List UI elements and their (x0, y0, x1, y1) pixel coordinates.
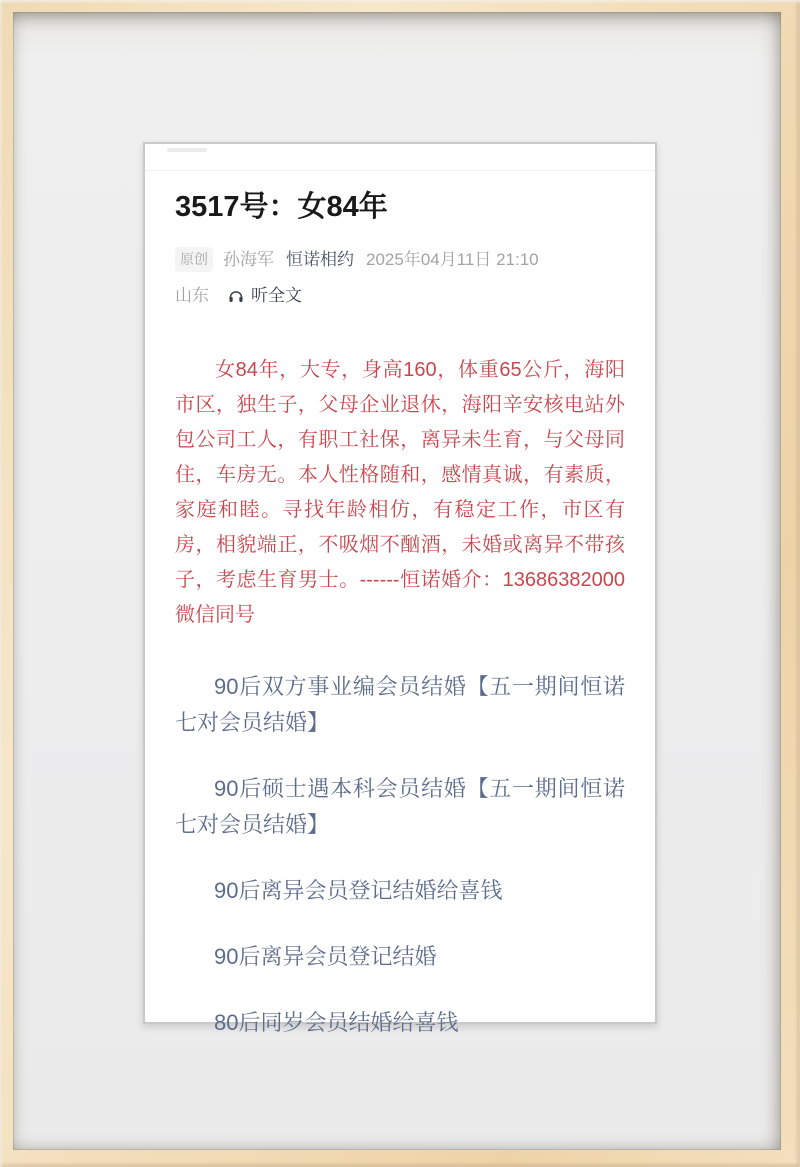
location-label: 山东 (175, 285, 209, 306)
listen-label: 听全文 (251, 285, 302, 306)
article-meta-row: 原创 孙海军 恒诺相约 2025年04月11日 21:10 (175, 247, 625, 272)
related-articles-list: 90后双方事业编会员结婚【五一期间恒诺七对会员结婚】 90后硕士遇本科会员结婚【… (175, 669, 625, 1041)
related-article-link[interactable]: 90后离异会员登记结婚 (175, 939, 625, 975)
picture-frame: 3517号：女84年 原创 孙海军 恒诺相约 2025年04月11日 21:10… (0, 0, 800, 1167)
related-article-link[interactable]: 90后双方事业编会员结婚【五一期间恒诺七对会员结婚】 (175, 669, 625, 741)
account-link[interactable]: 恒诺相约 (286, 249, 354, 270)
original-badge: 原创 (175, 247, 213, 272)
frame-mat: 3517号：女84年 原创 孙海军 恒诺相约 2025年04月11日 21:10… (13, 12, 781, 1150)
related-article-link[interactable]: 90后离异会员登记结婚给喜钱 (175, 873, 625, 909)
article-content: 3517号：女84年 原创 孙海军 恒诺相约 2025年04月11日 21:10… (145, 144, 655, 1022)
article-title: 3517号：女84年 (175, 190, 625, 224)
article-meta-row-2: 山东 听全文 (175, 285, 625, 306)
listen-audio-button[interactable]: 听全文 (227, 285, 302, 306)
related-article-link[interactable]: 80后同岁会员结婚给喜钱 (175, 1005, 625, 1041)
publish-datetime: 2025年04月11日 21:10 (366, 249, 539, 270)
headphones-icon (227, 287, 245, 305)
article-card: 3517号：女84年 原创 孙海军 恒诺相约 2025年04月11日 21:10… (143, 142, 657, 1024)
profile-description-text: 女84年，大专，身高160，体重65公斤，海阳市区，独生子，父母企业退休，海阳辛… (175, 353, 625, 633)
related-article-link[interactable]: 90后硕士遇本科会员结婚【五一期间恒诺七对会员结婚】 (175, 771, 625, 843)
author-name: 孙海军 (223, 249, 274, 270)
